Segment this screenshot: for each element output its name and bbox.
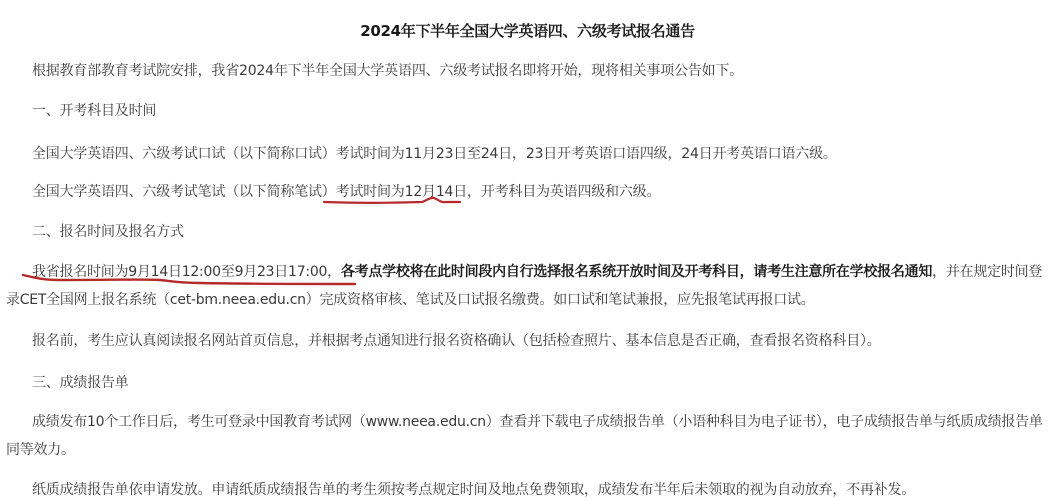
written-prefix: 全国大学英语四、六级考试笔试（以下简称笔试） [32,184,336,200]
registration-bold-notice: 各考点学校将在此时间段内自行选择报名系统开放时间及开考科目，请考生注意所在学校报… [341,264,932,280]
registration-time-highlight: 我省报名时间为9月14日12:00至9月23日17:00 [32,264,327,280]
written-exam-paragraph: 全国大学英语四、六级考试笔试（以下简称笔试）考试时间为12月14日，开考科目为英… [32,181,660,203]
electronic-report-paragraph: 成绩发布10个工作日后，考生可登录中国教育考试网（www.neea.edu.cn… [6,408,1051,464]
paper-report-paragraph: 纸质成绩报告单依申请发放。申请纸质成绩报告单的考生须按考点规定时间及地点免费领取… [32,479,915,500]
section1-heading: 一、开考科目及时间 [32,100,156,122]
registration-comma: ， [327,264,341,280]
section2-heading: 二、报名时间及报名方式 [32,221,184,243]
written-date-highlight: 考试时间为12月14日 [336,184,467,200]
before-registration-paragraph: 报名前，考生应认真阅读报名网站首页信息，并根据考点通知进行报名资格确认（包括检查… [32,330,881,352]
registration-paragraph: 我省报名时间为9月14日12:00至9月23日17:00，各考点学校将在此时间段… [6,258,1051,314]
oral-exam-paragraph: 全国大学英语四、六级考试口试（以下简称口试）考试时间为11月23日至24日，23… [32,143,837,165]
announcement-document: 2024年下半年全国大学英语四、六级考试报名通告 根据教育部教育考试院安排，我省… [0,0,1055,500]
section3-heading: 三、成绩报告单 [32,372,129,394]
written-suffix: ，开考科目为英语四级和六级。 [467,184,660,200]
page-title: 2024年下半年全国大学英语四、六级考试报名通告 [0,20,1055,41]
intro-paragraph: 根据教育部教育考试院安排，我省2024年下半年全国大学英语四、六级考试报名即将开… [32,60,743,82]
